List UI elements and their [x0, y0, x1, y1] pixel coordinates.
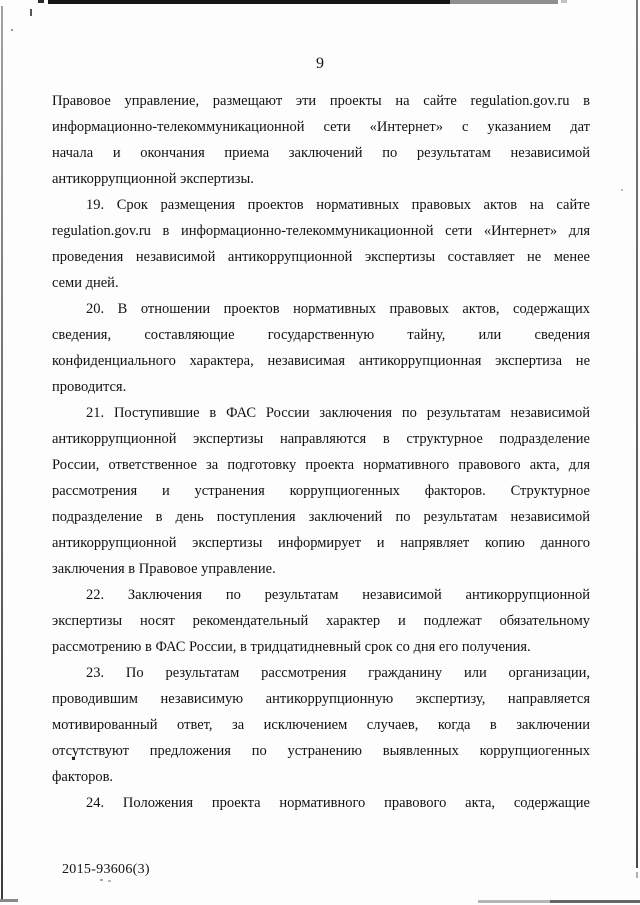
text-line: конфиденциального характера, независимая… — [52, 348, 590, 374]
scan-speck — [621, 189, 623, 191]
page-number: 9 — [0, 54, 640, 74]
scan-edge-top-gray — [450, 0, 558, 4]
scan-edge-bottom-left — [0, 899, 18, 902]
text-line: рассмотрения и устранения коррупциогенны… — [52, 478, 590, 504]
text-line: рассмотрению в ФАС России, в тридцатидне… — [52, 634, 590, 660]
paragraph: 23. По результатам рассмотрения граждани… — [52, 660, 590, 790]
scan-speck — [108, 880, 111, 882]
text-line: антикоррупционной экспертизы. — [52, 166, 590, 192]
text-line: экспертизы носят рекомендательный характ… — [52, 608, 590, 634]
text-line: факторов. — [52, 764, 590, 790]
scan-edge-top-tail — [561, 0, 567, 3]
text-line: проводившим независимую антикоррупционну… — [52, 686, 590, 712]
text-line: подразделение в день поступления заключе… — [52, 504, 590, 530]
text-line: 20. В отношении проектов нормативных пра… — [52, 296, 590, 322]
scan-speck — [30, 9, 32, 16]
text-line: regulation.gov.ru в информационно-телеко… — [52, 218, 590, 244]
text-line: России, ответственное за подготовку прое… — [52, 452, 590, 478]
text-line: семи дней. — [52, 270, 590, 296]
text-line: отсутствуют предложения по устранению вы… — [52, 738, 590, 764]
text-line: 19. Срок размещения проектов нормативных… — [52, 192, 590, 218]
text-line: начала и окончания приема заключений по … — [52, 140, 590, 166]
footer-document-code: 2015-93606(3) — [62, 860, 150, 880]
scan-edge-left — [1, 6, 3, 899]
scan-edge-bottom-dark — [550, 900, 640, 903]
scan-edge-top-fragment — [38, 0, 44, 3]
scan-edge-right — [636, 0, 638, 868]
paragraph: 20. В отношении проектов нормативных пра… — [52, 296, 590, 400]
scan-edge-top-dark — [48, 0, 450, 4]
scan-edge-right-fragment — [636, 872, 638, 878]
text-line: 23. По результатам рассмотрения граждани… — [52, 660, 590, 686]
text-line: информационно-телекоммуникационной сети … — [52, 114, 590, 140]
scanned-page: 9 Правовое управление, размещают эти про… — [0, 0, 640, 905]
scan-edge-bottom-light — [478, 900, 550, 903]
text-line: антикоррупционной экспертизы информирует… — [52, 530, 590, 556]
text-line: 24. Положения проекта нормативного право… — [52, 790, 590, 816]
text-line: 21. Поступившие в ФАС России заключения … — [52, 400, 590, 426]
text-line: проведения независимой антикоррупционной… — [52, 244, 590, 270]
paragraph: 22. Заключения по результатам независимо… — [52, 582, 590, 660]
paragraph: 19. Срок размещения проектов нормативных… — [52, 192, 590, 296]
paragraph: 24. Положения проекта нормативного право… — [52, 790, 590, 816]
text-line: антикоррупционной экспертизы направляютс… — [52, 426, 590, 452]
text-line: мотивированный ответ, за исключением слу… — [52, 712, 590, 738]
text-line: сведения, составляющие государственную т… — [52, 322, 590, 348]
text-line: заключения в Правовое управление. — [52, 556, 590, 582]
text-line: проводится. — [52, 374, 590, 400]
text-line: Правовое управление, размещают эти проек… — [52, 88, 590, 114]
scan-speck — [11, 29, 13, 31]
paragraph: Правовое управление, размещают эти проек… — [52, 88, 590, 192]
text-line: 22. Заключения по результатам независимо… — [52, 582, 590, 608]
paragraph: 21. Поступившие в ФАС России заключения … — [52, 400, 590, 582]
document-body: Правовое управление, размещают эти проек… — [52, 88, 590, 816]
